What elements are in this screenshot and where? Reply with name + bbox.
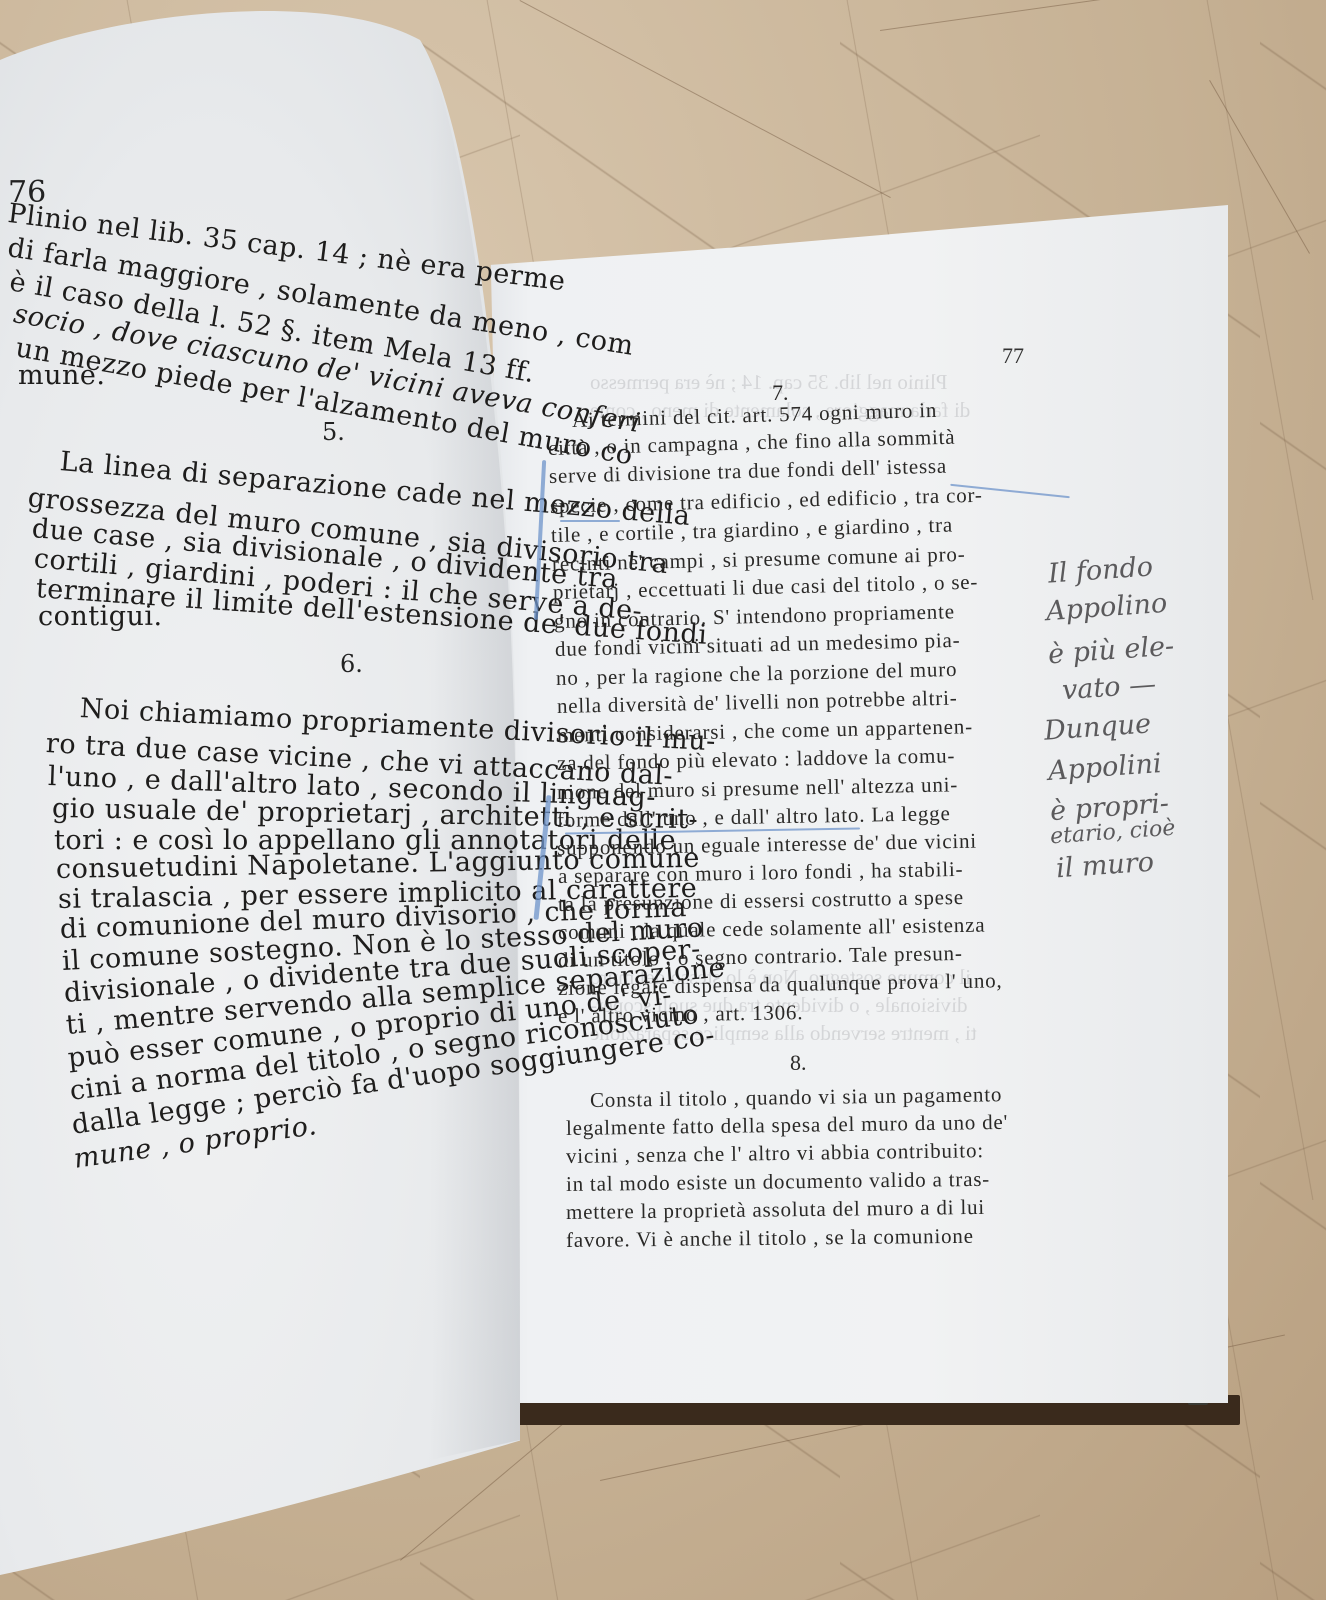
page-number-right: 77 <box>1002 343 1024 369</box>
text-line: mune. <box>18 362 105 389</box>
text-line: vicini , senza che l' altro vi abbia con… <box>566 1140 984 1167</box>
text-line: favore. Vi è anche il titolo , se la com… <box>566 1226 974 1251</box>
board-crease <box>880 0 1326 31</box>
text-line: e l' altro vicino , art. 1306. <box>558 1002 804 1027</box>
board-crease <box>520 0 891 198</box>
section-number: 8. <box>790 1050 807 1076</box>
section-number: 6. <box>340 650 363 678</box>
blue-pencil-underline <box>560 520 620 522</box>
text-line: Consta il titolo , quando vi sia un paga… <box>590 1084 1002 1111</box>
text-line: mettere la proprietà assoluta del muro a… <box>566 1197 985 1223</box>
section-number: 5. <box>322 418 345 446</box>
text-line: in tal modo esiste un documento valido a… <box>566 1169 990 1195</box>
text-line: contigui. <box>38 603 163 630</box>
handwriting-line: vato — <box>1061 669 1157 706</box>
